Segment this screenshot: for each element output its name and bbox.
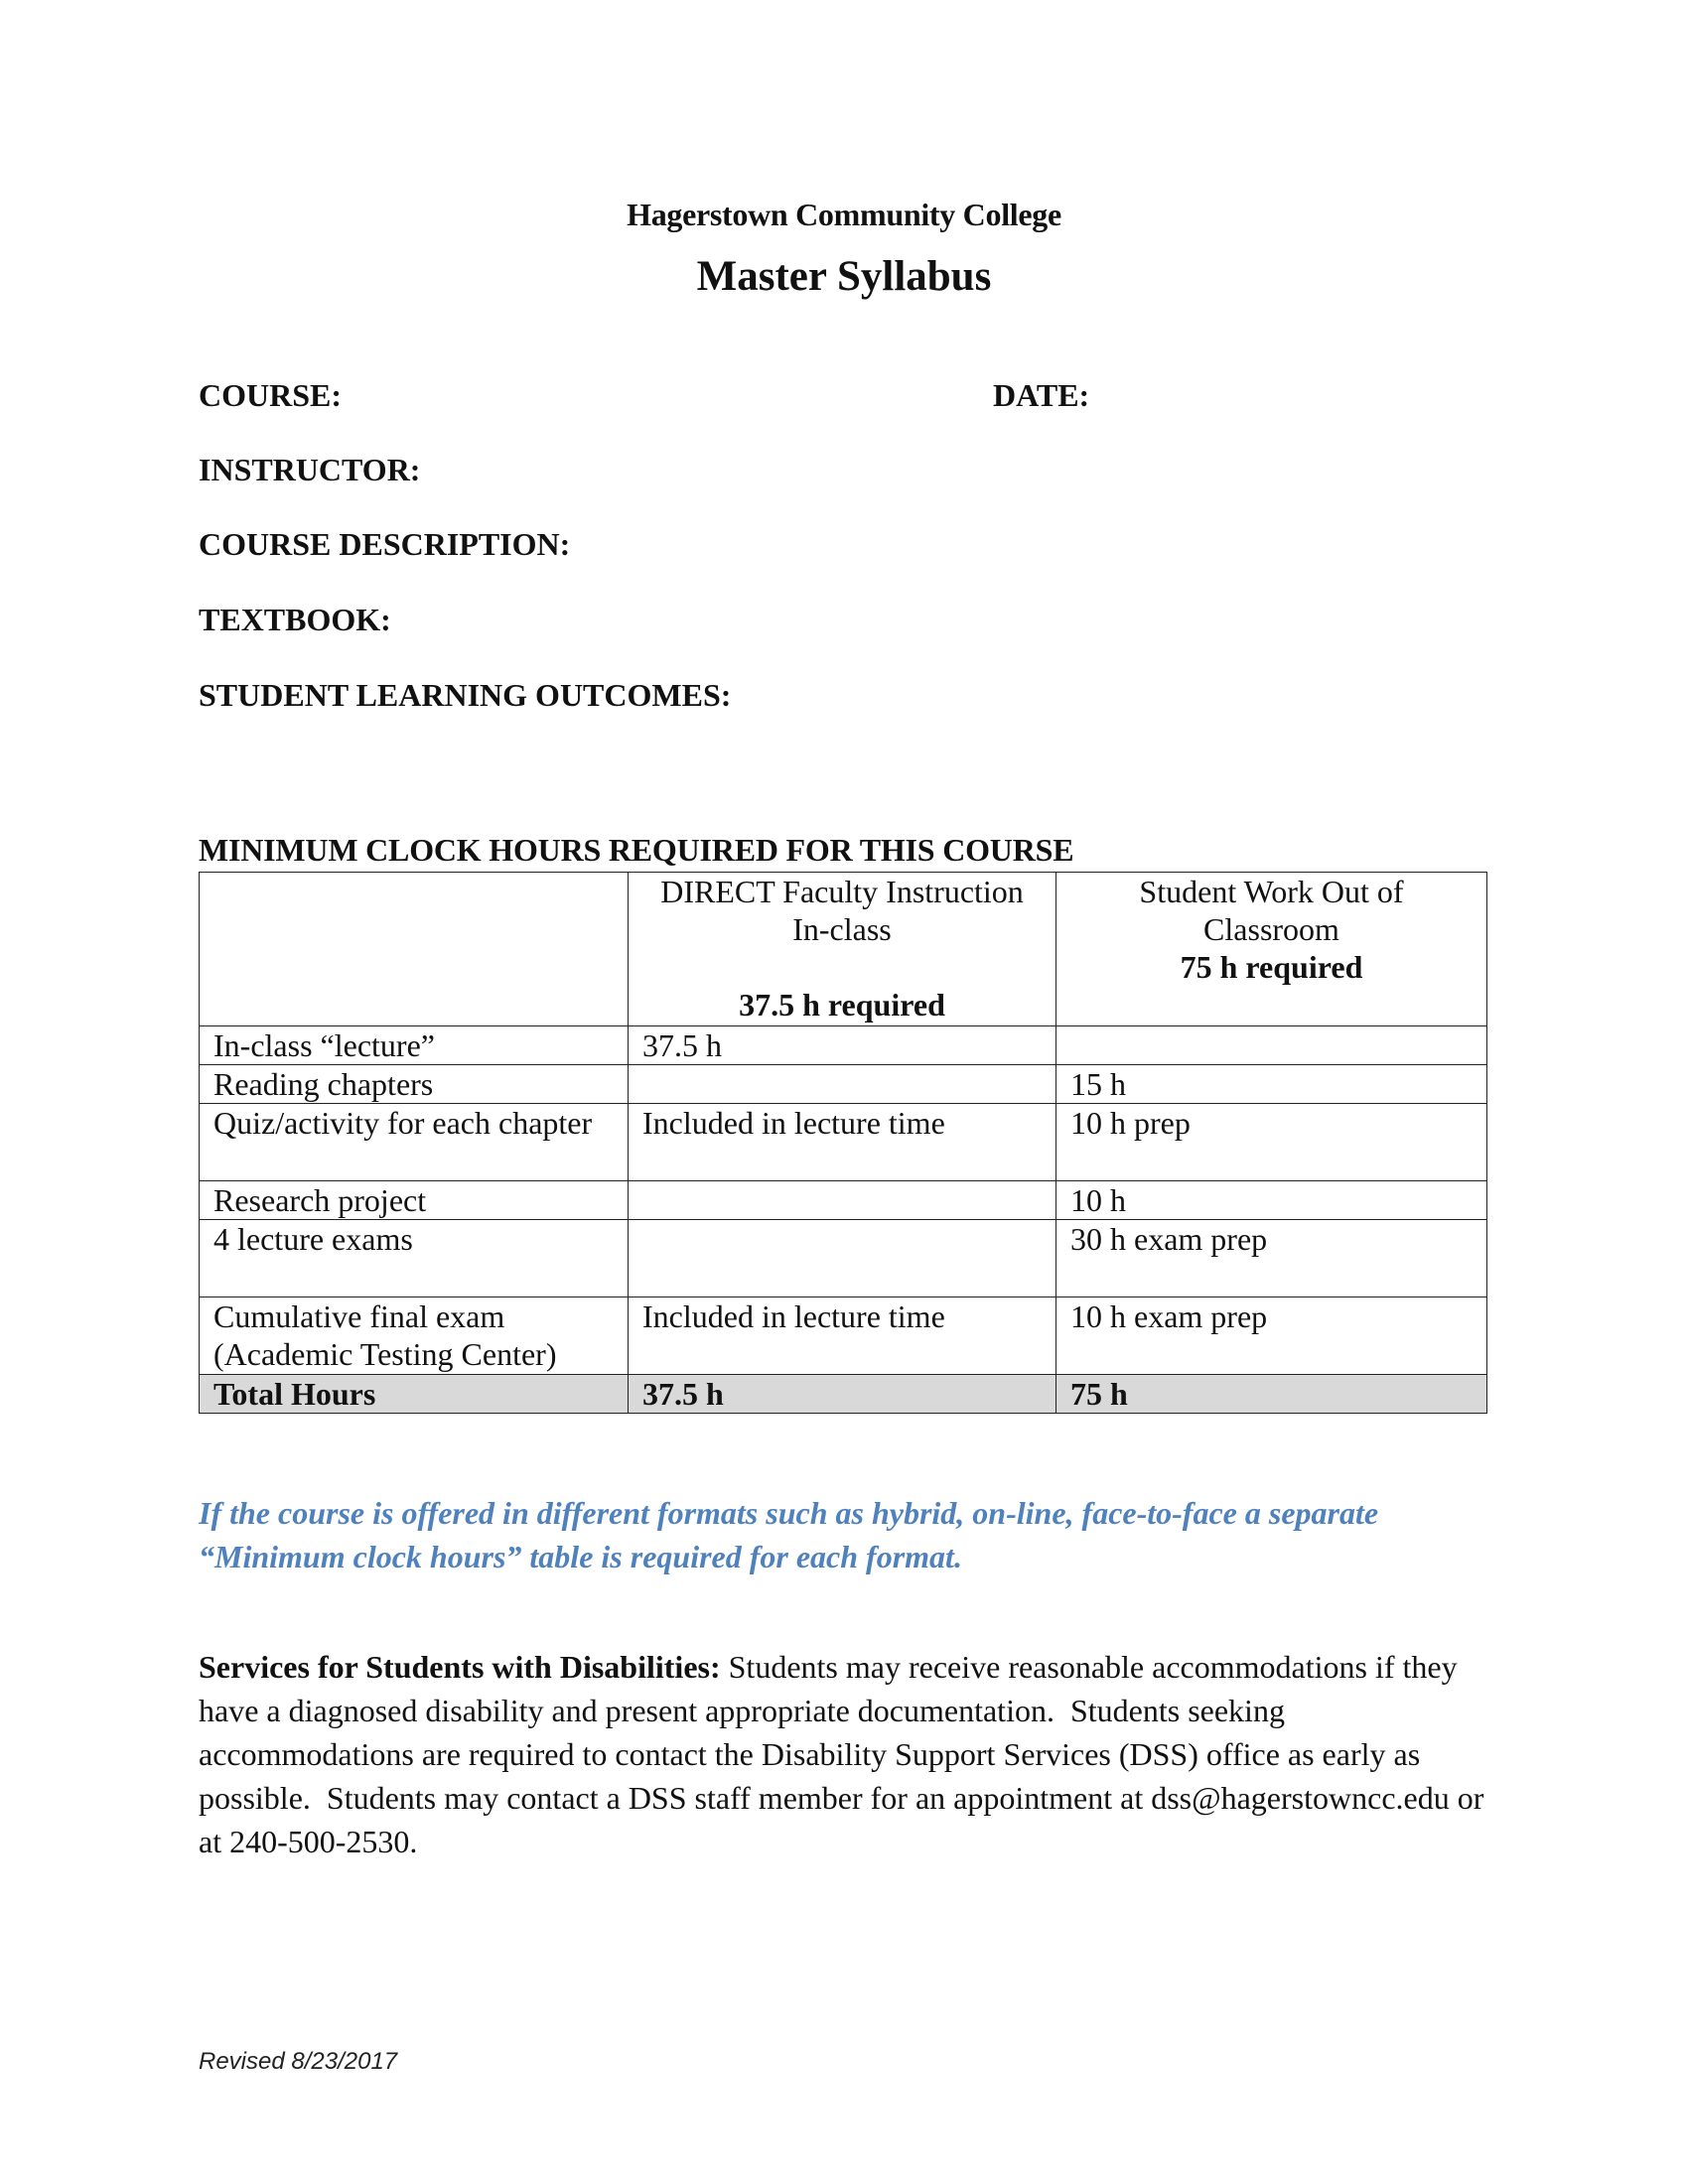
student-cell: 10 h <box>1056 1181 1487 1220</box>
table-row: 4 lecture exams 30 h exam prep <box>200 1220 1487 1297</box>
course-description-label: COURSE DESCRIPTION: <box>199 526 570 563</box>
hours-table-heading: MINIMUM CLOCK HOURS REQUIRED FOR THIS CO… <box>199 832 1073 869</box>
direct-cell: Included in lecture time <box>629 1104 1056 1181</box>
format-note-line1: If the course is offered in different fo… <box>199 1491 1509 1535</box>
student-cell: 10 h exam prep <box>1056 1297 1487 1375</box>
learning-outcomes-label: STUDENT LEARNING OUTCOMES: <box>199 677 731 714</box>
header-direct-line1: DIRECT Faculty Instruction <box>642 873 1042 910</box>
student-cell: 10 h prep <box>1056 1104 1487 1181</box>
activity-line2: (Academic Testing Center) <box>213 1335 614 1373</box>
table-row: Reading chapters 15 h <box>200 1065 1487 1104</box>
activity-cell: Research project <box>200 1181 629 1220</box>
institution-name: Hagerstown Community College <box>0 197 1688 233</box>
revised-date: Revised 8/23/2017 <box>199 2048 397 2076</box>
header-direct-line2: In-class <box>642 910 1042 948</box>
total-label: Total Hours <box>200 1375 629 1414</box>
direct-cell: 37.5 h <box>629 1026 1056 1065</box>
activity-cell: Cumulative final exam (Academic Testing … <box>200 1297 629 1375</box>
header-student-line1: Student Work Out of <box>1070 873 1473 910</box>
header-student-line2: Classroom <box>1070 910 1473 948</box>
header-blank-cell <box>200 873 629 1026</box>
instructor-label: INSTRUCTOR: <box>199 452 420 488</box>
table-row: Research project 10 h <box>200 1181 1487 1220</box>
document-title: Master Syllabus <box>0 252 1688 301</box>
activity-line1: Cumulative final exam <box>213 1297 614 1335</box>
activity-cell: 4 lecture exams <box>200 1220 629 1297</box>
disability-services-label: Services for Students with Disabilities: <box>199 1649 721 1685</box>
activity-cell: Quiz/activity for each chapter <box>200 1104 629 1181</box>
header-direct-required: 37.5 h required <box>642 986 1042 1024</box>
clock-hours-table: DIRECT Faculty Instruction In-class 37.5… <box>199 872 1487 1414</box>
student-cell: 30 h exam prep <box>1056 1220 1487 1297</box>
student-cell: 15 h <box>1056 1065 1487 1104</box>
direct-cell <box>629 1065 1056 1104</box>
date-label: DATE: <box>993 377 1089 414</box>
course-label: COURSE: <box>199 377 342 414</box>
header-student-work: Student Work Out of Classroom 75 h requi… <box>1056 873 1487 1026</box>
format-note: If the course is offered in different fo… <box>199 1491 1509 1578</box>
total-row: Total Hours 37.5 h 75 h <box>200 1375 1487 1414</box>
table-row: Cumulative final exam (Academic Testing … <box>200 1297 1487 1375</box>
total-student: 75 h <box>1056 1375 1487 1414</box>
format-note-line2: “Minimum clock hours” table is required … <box>199 1535 1509 1578</box>
activity-cell: In-class “lecture” <box>200 1026 629 1065</box>
table-row: In-class “lecture” 37.5 h <box>200 1026 1487 1065</box>
activity-cell: Reading chapters <box>200 1065 629 1104</box>
table-row: Quiz/activity for each chapter Included … <box>200 1104 1487 1181</box>
direct-cell: Included in lecture time <box>629 1297 1056 1375</box>
textbook-label: TEXTBOOK: <box>199 602 391 638</box>
header-student-required: 75 h required <box>1070 948 1473 986</box>
table-header-row: DIRECT Faculty Instruction In-class 37.5… <box>200 873 1487 1026</box>
direct-cell <box>629 1181 1056 1220</box>
disability-services-paragraph: Services for Students with Disabilities:… <box>199 1645 1499 1863</box>
student-cell <box>1056 1026 1487 1065</box>
header-direct-instruction: DIRECT Faculty Instruction In-class 37.5… <box>629 873 1056 1026</box>
total-direct: 37.5 h <box>629 1375 1056 1414</box>
direct-cell <box>629 1220 1056 1297</box>
